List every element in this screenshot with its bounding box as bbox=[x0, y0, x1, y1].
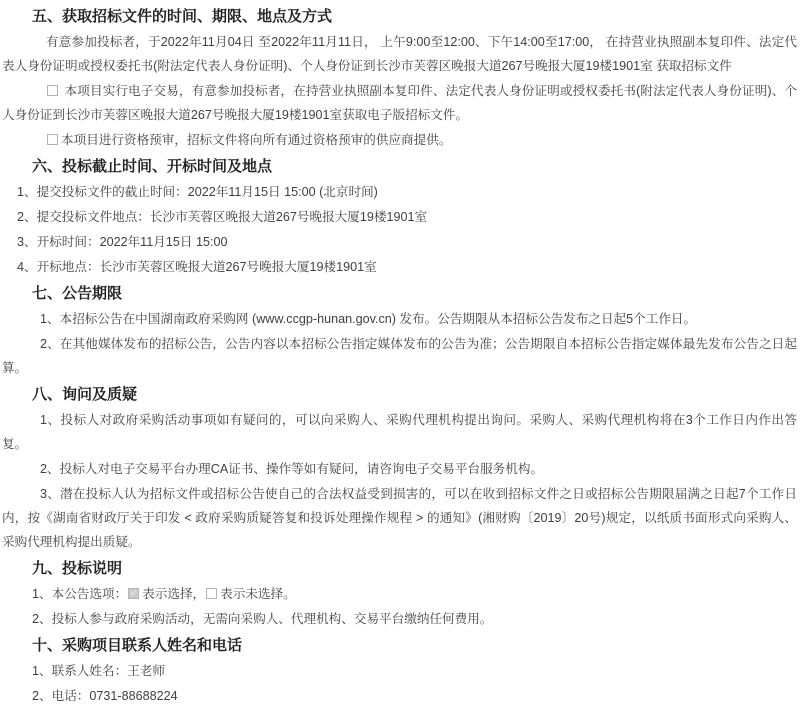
paragraph-text: 2、电话：0731-88688224 bbox=[32, 689, 178, 703]
section-heading: 五、获取招标文件的时间、期限、地点及方式 bbox=[2, 5, 797, 29]
document-section: 十、采购项目联系人姓名和电话1、联系人姓名：王老师2、电话：0731-88688… bbox=[2, 634, 797, 708]
paragraph-text: 1、本招标公告在中国湖南政府采购网 (www.ccgp-hunan.gov.cn… bbox=[40, 312, 696, 326]
paragraph-text: 3、开标时间：2022年11月15日 15:00 bbox=[17, 235, 227, 249]
section-heading: 九、投标说明 bbox=[2, 557, 797, 581]
paragraph: 1、本公告选项：表示选择，表示未选择。 bbox=[2, 582, 797, 606]
paragraph-text: 表示未选择。 bbox=[220, 587, 296, 601]
paragraph-text: 表示选择， bbox=[142, 587, 205, 601]
paragraph-text: 2、投标人对电子交易平台办理CA证书、操作等如有疑问，请咨询电子交易平台服务机构… bbox=[40, 462, 543, 476]
paragraph-text: 1、投标人对政府采购活动事项如有疑问的，可以向采购人、采购代理机构提出询问。采购… bbox=[2, 413, 797, 451]
section-heading: 六、投标截止时间、开标时间及地点 bbox=[2, 155, 797, 179]
paragraph: 3、潜在投标人认为招标文件或招标公告使自己的合法权益受到损害的，可以在收到招标文… bbox=[2, 482, 797, 554]
paragraph-text: 本项目进行资格预审，招标文件将向所有通过资格预审的供应商提供。 bbox=[61, 133, 451, 147]
paragraph: 2、在其他媒体发布的招标公告，公告内容以本招标公告指定媒体发布的公告为准；公告期… bbox=[2, 332, 797, 380]
paragraph-text: 本项目实行电子交易，有意参加投标者，在持营业执照副本复印件、法定代表人身份证明或… bbox=[2, 84, 797, 122]
paragraph: 1、本招标公告在中国湖南政府采购网 (www.ccgp-hunan.gov.cn… bbox=[2, 307, 797, 331]
checkbox-checked-icon[interactable] bbox=[128, 588, 139, 599]
checkbox-unchecked-icon[interactable] bbox=[47, 134, 58, 145]
paragraph-text: 1、联系人姓名：王老师 bbox=[32, 664, 165, 678]
paragraph-text: 有意参加投标者，于2022年11月04日 至2022年11月11日， 上午9:0… bbox=[2, 35, 797, 73]
paragraph-text: 2、提交投标文件地点：长沙市芙蓉区晚报大道267号晚报大厦19楼1901室 bbox=[17, 210, 427, 224]
paragraph: 1、提交投标文件的截止时间：2022年11月15日 15:00 (北京时间) bbox=[2, 180, 797, 204]
document-section: 九、投标说明1、本公告选项：表示选择，表示未选择。2、投标人参与政府采购活动，无… bbox=[2, 557, 797, 631]
paragraph: 3、开标时间：2022年11月15日 15:00 bbox=[2, 230, 797, 254]
paragraph: 2、投标人对电子交易平台办理CA证书、操作等如有疑问，请咨询电子交易平台服务机构… bbox=[2, 457, 797, 481]
paragraph-text: 1、提交投标文件的截止时间：2022年11月15日 15:00 (北京时间) bbox=[17, 185, 378, 199]
paragraph: 1、投标人对政府采购活动事项如有疑问的，可以向采购人、采购代理机构提出询问。采购… bbox=[2, 408, 797, 456]
paragraph-text: 4、开标地点：长沙市芙蓉区晚报大道267号晚报大厦19楼1901室 bbox=[17, 260, 377, 274]
paragraph-text: 1、本公告选项： bbox=[32, 587, 127, 601]
paragraph: 本项目实行电子交易，有意参加投标者，在持营业执照副本复印件、法定代表人身份证明或… bbox=[2, 79, 797, 127]
announcement-document: 五、获取招标文件的时间、期限、地点及方式有意参加投标者，于2022年11月04日… bbox=[0, 0, 800, 708]
paragraph-text: 2、投标人参与政府采购活动，无需向采购人、代理机构、交易平台缴纳任何费用。 bbox=[32, 612, 492, 626]
paragraph-text: 2、在其他媒体发布的招标公告，公告内容以本招标公告指定媒体发布的公告为准；公告期… bbox=[2, 337, 797, 375]
document-section: 六、投标截止时间、开标时间及地点1、提交投标文件的截止时间：2022年11月15… bbox=[2, 155, 797, 279]
document-section: 五、获取招标文件的时间、期限、地点及方式有意参加投标者，于2022年11月04日… bbox=[2, 5, 797, 152]
paragraph: 2、电话：0731-88688224 bbox=[2, 684, 797, 708]
paragraph: 4、开标地点：长沙市芙蓉区晚报大道267号晚报大厦19楼1901室 bbox=[2, 255, 797, 279]
checkbox-unchecked-icon[interactable] bbox=[206, 588, 217, 599]
section-heading: 七、公告期限 bbox=[2, 282, 797, 306]
section-heading: 八、询问及质疑 bbox=[2, 383, 797, 407]
paragraph-text: 3、潜在投标人认为招标文件或招标公告使自己的合法权益受到损害的，可以在收到招标文… bbox=[2, 487, 797, 549]
paragraph: 本项目进行资格预审，招标文件将向所有通过资格预审的供应商提供。 bbox=[2, 128, 797, 152]
paragraph: 有意参加投标者，于2022年11月04日 至2022年11月11日， 上午9:0… bbox=[2, 30, 797, 78]
document-section: 七、公告期限1、本招标公告在中国湖南政府采购网 (www.ccgp-hunan.… bbox=[2, 282, 797, 380]
paragraph: 2、投标人参与政府采购活动，无需向采购人、代理机构、交易平台缴纳任何费用。 bbox=[2, 607, 797, 631]
paragraph: 2、提交投标文件地点：长沙市芙蓉区晚报大道267号晚报大厦19楼1901室 bbox=[2, 205, 797, 229]
paragraph: 1、联系人姓名：王老师 bbox=[2, 659, 797, 683]
document-section: 八、询问及质疑1、投标人对政府采购活动事项如有疑问的，可以向采购人、采购代理机构… bbox=[2, 383, 797, 554]
section-heading: 十、采购项目联系人姓名和电话 bbox=[2, 634, 797, 658]
checkbox-unchecked-icon[interactable] bbox=[47, 85, 58, 96]
